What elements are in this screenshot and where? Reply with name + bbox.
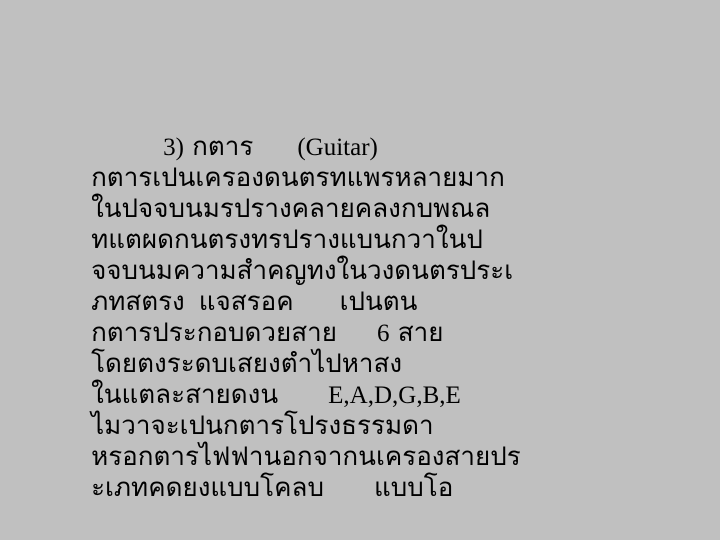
body-text: ะเภทคดยงแบบโคลบ <box>91 473 324 503</box>
body-line-11: ะเภทคดยงแบบโคลบแบบโอ <box>58 442 453 535</box>
body-text: แบบโอ <box>374 473 453 503</box>
body-text: สาย <box>398 318 444 348</box>
slide: 3) กตาร(Guitar) กตารเปนเครองดนตรทแพรหลาย… <box>0 0 720 540</box>
